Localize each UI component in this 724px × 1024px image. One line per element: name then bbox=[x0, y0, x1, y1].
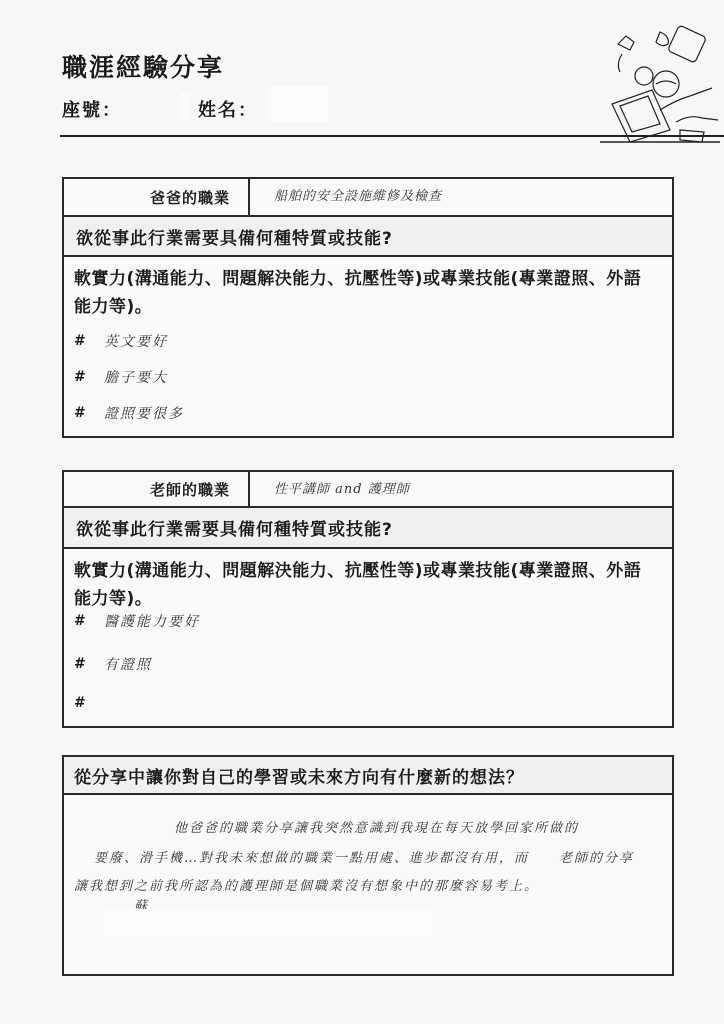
occupation-row: 爸爸的職業 船舶的安全設施維修及檢查 bbox=[64, 179, 672, 217]
reflection-line-1: 他爸爸的職業分享讓我突然意識到我現在每天放學回家所做的 bbox=[174, 817, 579, 836]
teacher-occupation-section: 老師的職業 性平講師 and 護理師 欲從事此行業需要具備何種特質或技能? 軟實… bbox=[62, 470, 674, 728]
occupation-row: 老師的職業 性平講師 and 護理師 bbox=[64, 472, 672, 508]
reflection-section: 從分享中讓你對自己的學習或未來方向有什麼新的想法？ 他爸爸的職業分享讓我突然意識… bbox=[62, 755, 674, 976]
skills-question: 欲從事此行業需要具備何種特質或技能? bbox=[64, 217, 672, 257]
skills-prompt: 軟實力(溝通能力、問題解決能力、抗壓性等)或專業技能(專業證照、外語能力等)。 bbox=[74, 265, 642, 321]
redacted-area bbox=[104, 909, 434, 937]
bullet-hash: # bbox=[74, 695, 86, 711]
occupation-value: 性平講師 and 護理師 bbox=[274, 478, 410, 497]
page-title: 職涯經驗分享 bbox=[62, 48, 224, 84]
occupation-value: 船舶的安全設施維修及檢查 bbox=[274, 185, 442, 204]
student-name-label: 姓名： bbox=[198, 96, 258, 122]
answer-area: 軟實力(溝通能力、問題解決能力、抗壓性等)或專業技能(專業證照、外語能力等)。 … bbox=[64, 549, 672, 726]
bullet-hash: # bbox=[74, 333, 86, 349]
bullet-hash: # bbox=[74, 405, 86, 421]
answer-2: 有證照 bbox=[104, 654, 152, 674]
answer-3: 證照要很多 bbox=[104, 403, 184, 423]
bullet-hash: # bbox=[74, 613, 86, 629]
dad-occupation-section: 爸爸的職業 船舶的安全設施維修及檢查 欲從事此行業需要具備何種特質或技能? 軟實… bbox=[62, 177, 674, 438]
answer-area: 軟實力(溝通能力、問題解決能力、抗壓性等)或專業技能(專業證照、外語能力等)。 … bbox=[64, 257, 672, 436]
bullet-hash: # bbox=[74, 656, 86, 672]
desk-workspace-illustration-icon bbox=[600, 14, 720, 144]
answer-1: 醫護能力要好 bbox=[104, 611, 200, 631]
reflection-line-3: 讓我想到之前我所認為的護理師是個職業沒有想象中的那麼容易考上。 bbox=[74, 875, 539, 894]
reflection-answer-area: 他爸爸的職業分享讓我突然意識到我現在每天放學回家所做的 要廢、滑手機…對我未來想… bbox=[64, 795, 672, 974]
occupation-label: 老師的職業 bbox=[64, 472, 250, 506]
student-name-field bbox=[268, 86, 328, 122]
answer-2: 膽子要大 bbox=[104, 367, 168, 387]
answer-1: 英文要好 bbox=[104, 331, 168, 351]
bullet-hash: # bbox=[74, 369, 86, 385]
skills-prompt: 軟實力(溝通能力、問題解決能力、抗壓性等)或專業技能(專業證照、外語能力等)。 bbox=[74, 557, 642, 613]
skills-question: 欲從事此行業需要具備何種特質或技能? bbox=[64, 508, 672, 549]
seat-number-label: 座號： bbox=[62, 96, 122, 122]
reflection-question: 從分享中讓你對自己的學習或未來方向有什麼新的想法？ bbox=[64, 757, 672, 795]
seat-number-field bbox=[180, 92, 190, 120]
reflection-line-2: 要廢、滑手機…對我未來想做的職業一點用處、進步都沒有用，而 老師的分享 bbox=[94, 847, 634, 866]
occupation-label: 爸爸的職業 bbox=[64, 179, 250, 215]
